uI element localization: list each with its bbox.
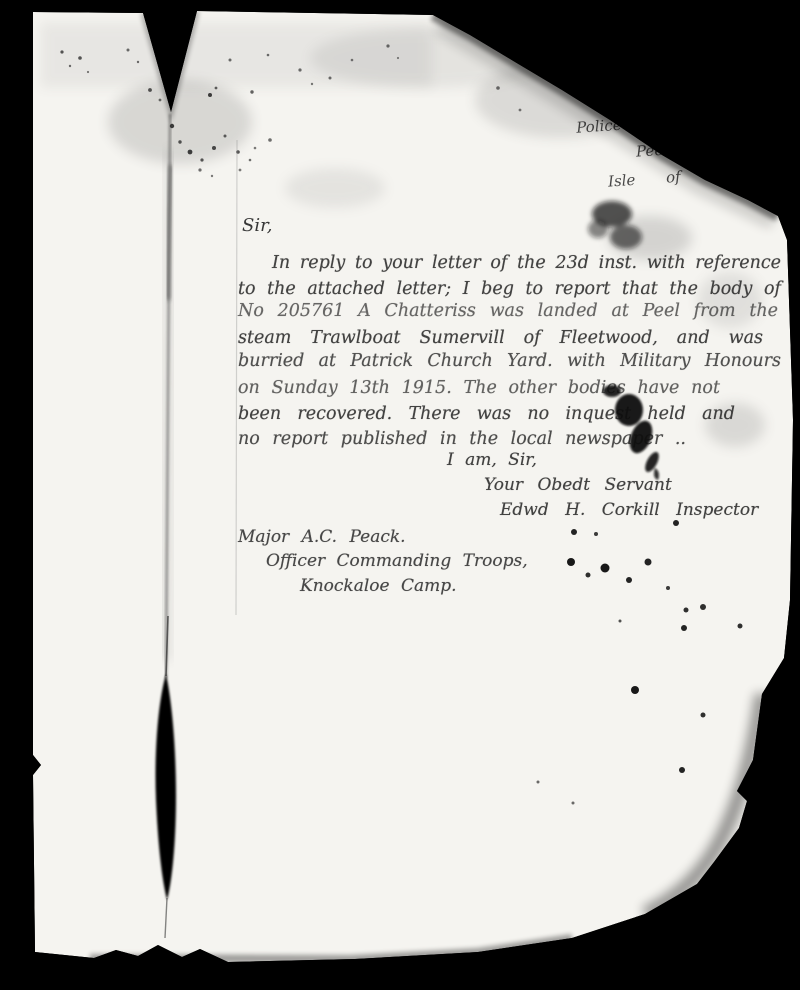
notch-edge-fringe [143, 11, 197, 112]
body-line: No 205761 A Chatteriss was landed at Pee… [238, 300, 778, 322]
signature: Edwd H. Corkill Inspector [500, 500, 758, 520]
fold-lens-tip-top [166, 616, 168, 676]
body-line: been recovered. There was no inquest hel… [238, 403, 735, 425]
closing-line: I am, Sir, [447, 450, 537, 470]
closing-line: Your Obedt Servant [484, 475, 672, 495]
address-line: Knockaloe Camp. [300, 576, 457, 596]
bottom-edge-fringe [90, 938, 572, 959]
fold-shadow-lens [155, 674, 176, 900]
fold-streak-smudge [165, 150, 171, 660]
body-line: burried at Patrick Church Yard. with Mil… [238, 350, 781, 372]
secondary-crease [236, 140, 237, 615]
corner-curl-shadow [645, 694, 762, 914]
body-line: to the attached letter; I beg to report … [238, 278, 781, 300]
fold-streak [166, 114, 170, 678]
ink-smudge-heading [588, 201, 642, 249]
letterhead: Police Office Peel Isle of Man [537, 100, 782, 201]
body-line: on Sunday 13th 1915. The other bodies ha… [238, 377, 720, 399]
body-line: steam Trawlboat Sumervill of Fleetwood, … [238, 327, 763, 349]
dirt-speckles [60, 44, 521, 177]
body-line: no report published in the local newspap… [238, 428, 686, 450]
scanned-letter-page: Police Office Peel Isle of Man Sir, In r… [0, 0, 800, 990]
fold-lens-tip-bottom [165, 898, 167, 938]
fold-streak-dark [168, 165, 171, 300]
ink-spatter [537, 520, 743, 805]
address-line: Major A.C. Peack. [238, 527, 406, 547]
body-line: In reply to your letter of the 23d inst.… [238, 252, 781, 274]
salutation: Sir, [242, 215, 272, 236]
address-line: Officer Commanding Troops, [266, 551, 528, 571]
